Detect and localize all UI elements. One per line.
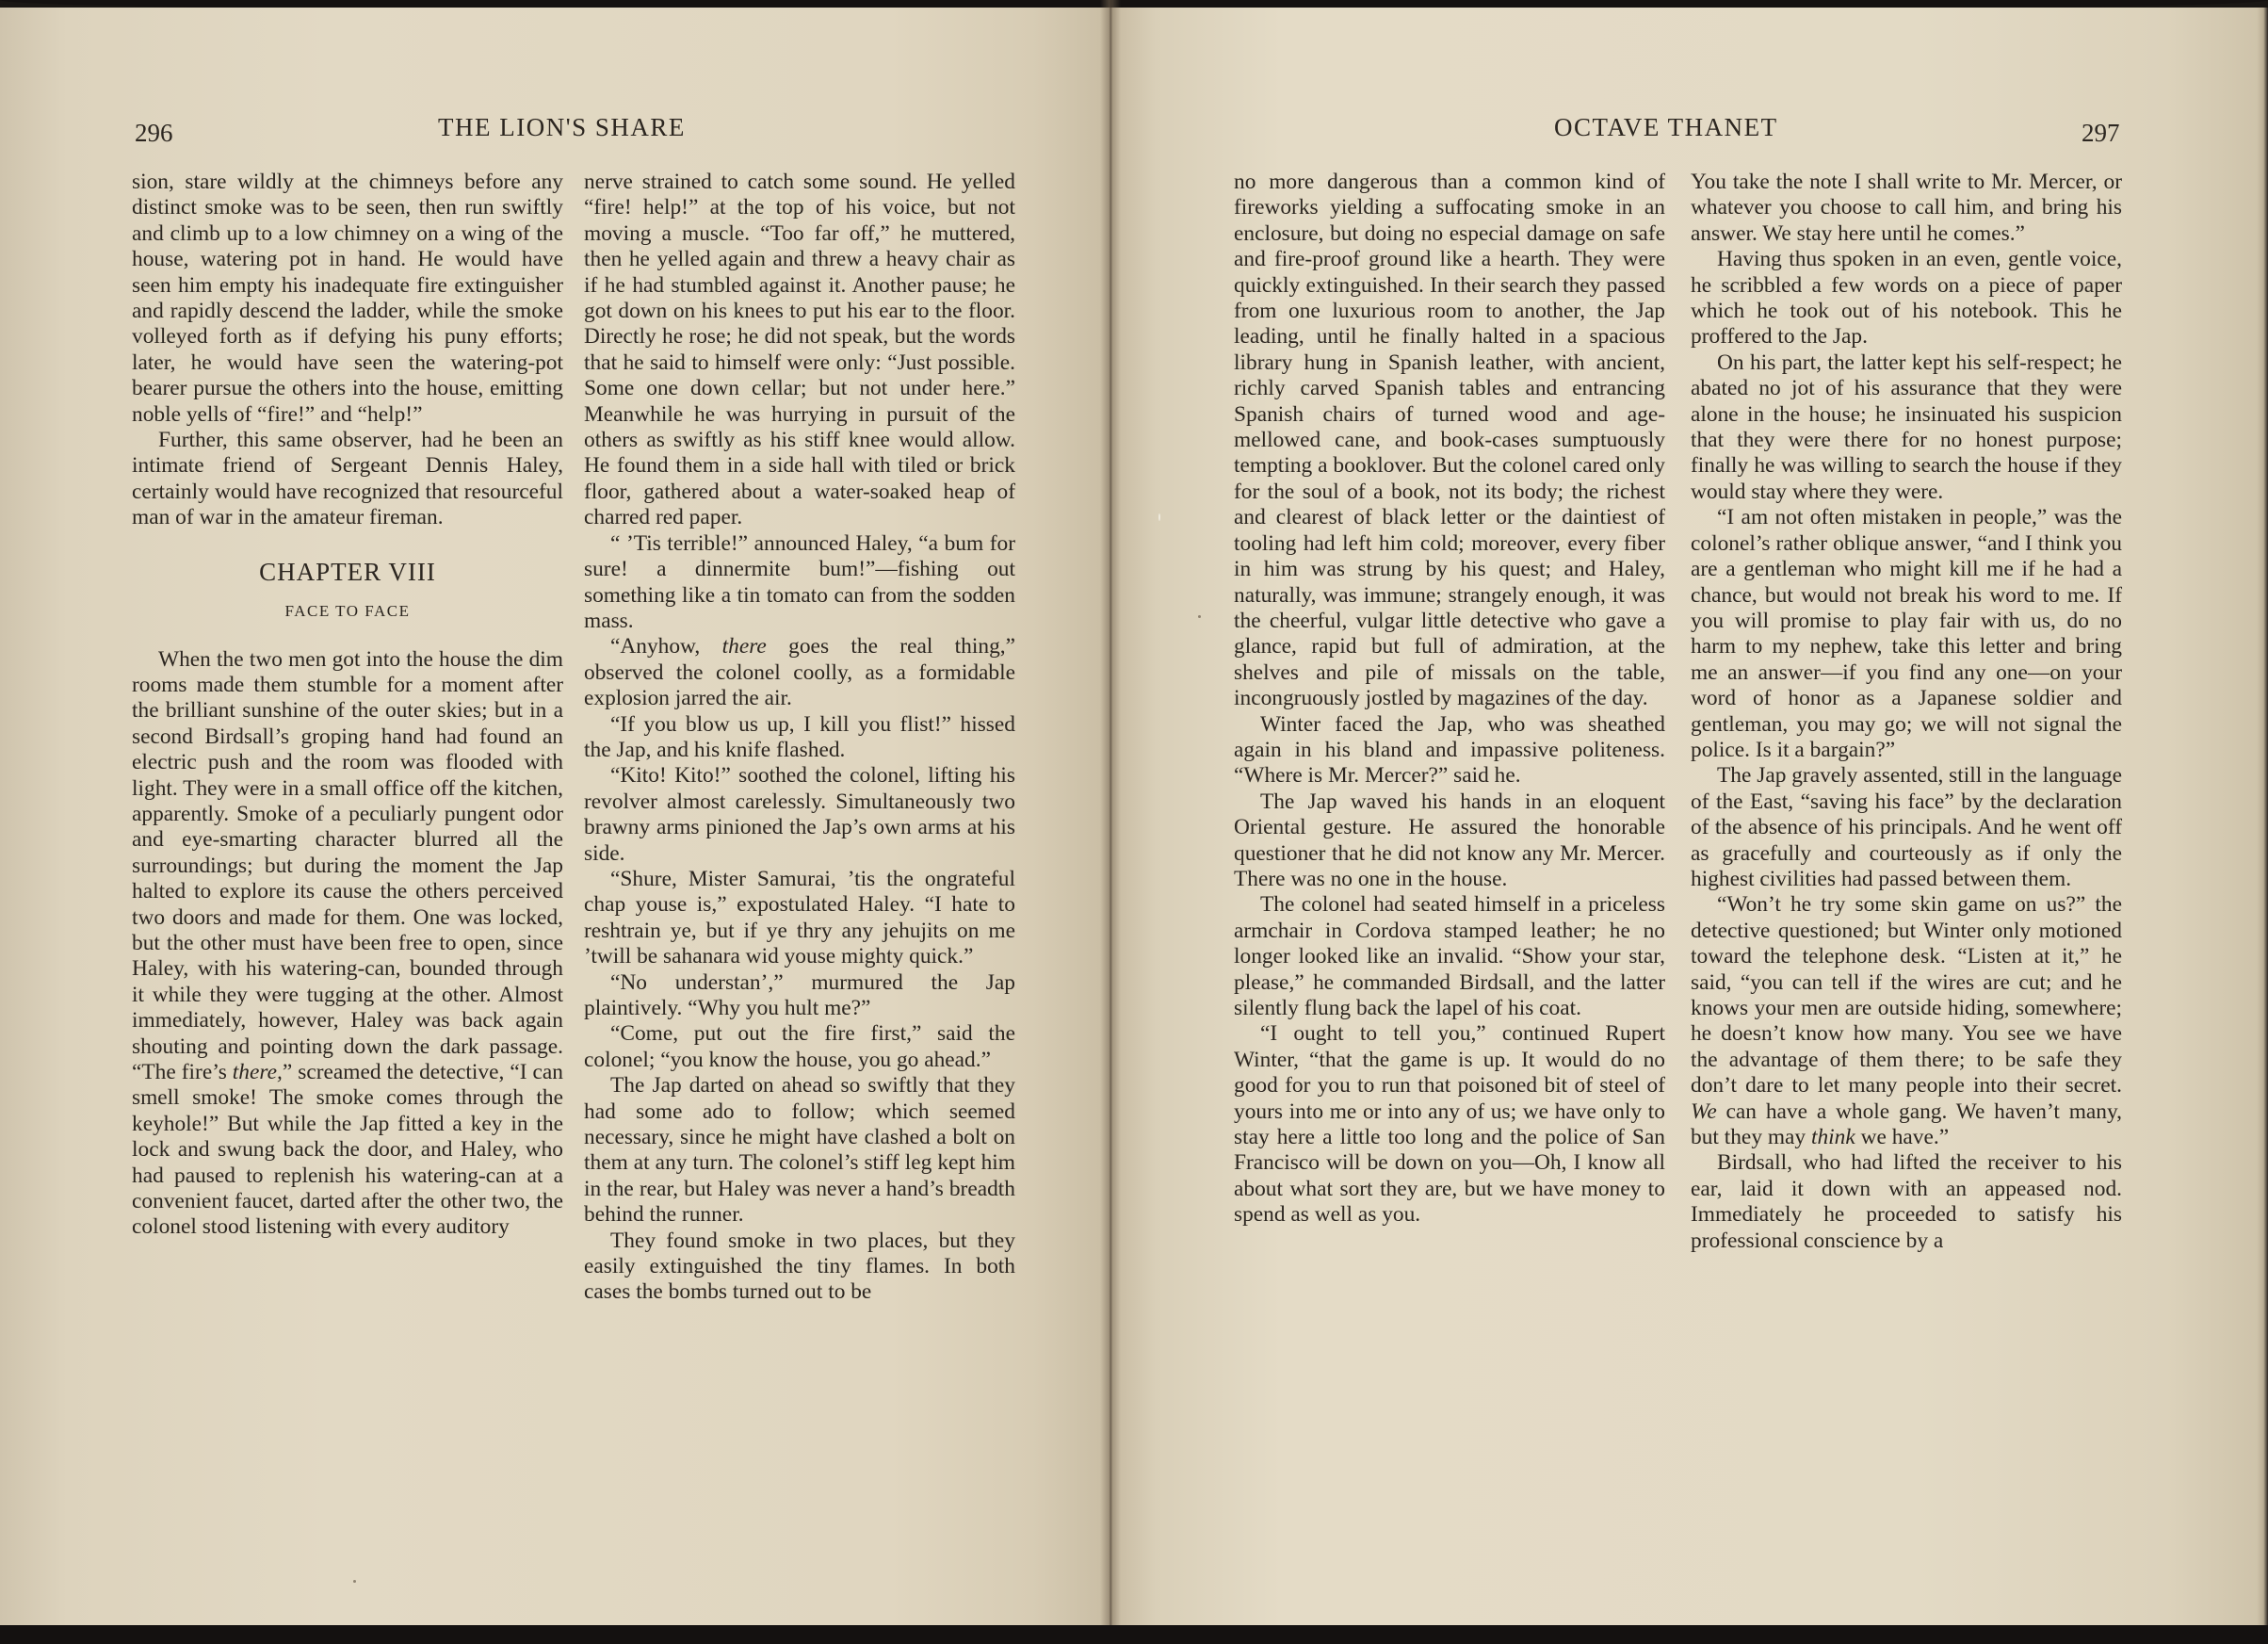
paragraph: Winter faced the Jap, who was sheathed a… (1234, 712, 1665, 789)
paragraph: When the two men got into the house the … (132, 647, 563, 1241)
chapter-subtitle: FACE TO FACE (132, 598, 563, 624)
paper-speck (1198, 615, 1201, 618)
paragraph: Having thus spoken in an even, gentle vo… (1691, 247, 2122, 350)
paragraph: no more dangerous than a common kind of … (1234, 170, 1665, 712)
paragraph: On his part, the latter kept his self-re… (1691, 350, 2122, 505)
paragraph: “Kito! Kito!” soothed the colonel, lifti… (584, 763, 1015, 867)
paragraph: The Jap darted on ahead so swiftly that … (584, 1073, 1015, 1228)
paragraph: “I am not often mistaken in people,” was… (1691, 505, 2122, 763)
paragraph: sion, stare wildly at the chimneys befor… (132, 170, 563, 428)
book-gutter (1100, 0, 1121, 1644)
paragraph: They found smoke in two places, but they… (584, 1229, 1015, 1306)
page-edges (2257, 8, 2268, 1635)
right-column-1: no more dangerous than a common kind of … (1234, 170, 1665, 1229)
page-number-right: 297 (2082, 119, 2120, 148)
book-spread: 296 THE LION'S SHARE sion, stare wildly … (0, 0, 2268, 1644)
left-column-1: sion, stare wildly at the chimneys befor… (132, 170, 563, 1241)
left-column-2: nerve strained to catch some sound. He y… (584, 170, 1015, 1306)
bottom-shadow (0, 1625, 2268, 1644)
paragraph: You take the note I shall write to Mr. M… (1691, 170, 2122, 247)
paper-speck (353, 1580, 356, 1583)
left-page: 296 THE LION'S SHARE sion, stare wildly … (0, 8, 1110, 1635)
paragraph: nerve strained to catch some sound. He y… (584, 170, 1015, 531)
running-head-right: OCTAVE THANET (1554, 113, 1778, 142)
paragraph: “Shure, Mister Samurai, ’tis the ongrate… (584, 867, 1015, 970)
paragraph: The Jap gravely assented, still in the l… (1691, 763, 2122, 892)
running-head-left: THE LION'S SHARE (438, 113, 686, 142)
paragraph: “Anyhow, there goes the real thing,” obs… (584, 634, 1015, 711)
paragraph: The Jap waved his hands in an eloquent O… (1234, 789, 1665, 893)
paragraph: Further, this same observer, had he been… (132, 428, 563, 531)
paragraph: Birdsall, who had lifted the receiver to… (1691, 1150, 2122, 1254)
right-page: OCTAVE THANET 297 no more dangerous than… (1110, 8, 2259, 1635)
chapter-title: CHAPTER VIII (132, 560, 563, 585)
paragraph: “ ’Tis terrible!” announced Haley, “a bu… (584, 531, 1015, 635)
paper-mark (1158, 513, 1160, 521)
paragraph: The colonel had seated himself in a pric… (1234, 892, 1665, 1021)
right-column-2: You take the note I shall write to Mr. M… (1691, 170, 2122, 1254)
page-number-left: 296 (135, 119, 173, 148)
paragraph: “Won’t he try some skin game on us?” the… (1691, 892, 2122, 1150)
paragraph: “If you blow us up, I kill you flist!” h… (584, 712, 1015, 764)
paragraph: “Come, put out the fire first,” said the… (584, 1021, 1015, 1073)
paragraph: “No understan’,” murmured the Jap plaint… (584, 970, 1015, 1022)
paragraph: “I ought to tell you,” continued Rupert … (1234, 1021, 1665, 1228)
